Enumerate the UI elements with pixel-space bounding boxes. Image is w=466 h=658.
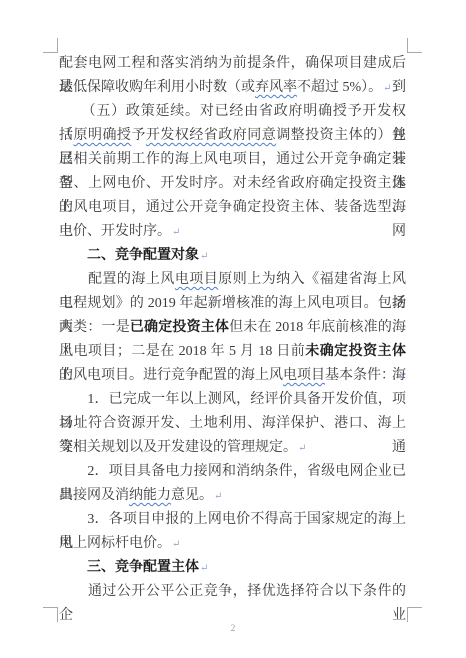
text-run: 通过公开公平公正竞争，择优选择符合以下条件的企业 (59, 584, 406, 623)
text-line: 括原明确授予开发权经省政府同意调整投资主体的）并已开 (59, 124, 406, 148)
text-run: 等相关规划以及开发建设的管理规定。 (59, 440, 297, 455)
paragraph-mark-icon: ↵ (200, 251, 208, 262)
text-run: 最低保障收购年利用小时数（或 (59, 80, 255, 95)
text-run: 上风电项目。进行竞争配置的海上风 (59, 368, 283, 383)
spellcheck-flagged-run: 弃风率 (255, 80, 297, 95)
text-run: 风电项目；二是在 2018 年 5 月 18 日前 (59, 344, 305, 359)
text-line: 最低保障收购年利用小时数（或弃风率不超过 5%）。↵ (59, 76, 406, 100)
text-line: 风电项目；二是在 2018 年 5 月 18 日前未确定投资主体的海 (59, 340, 406, 364)
crop-mark-bottom-right (407, 607, 422, 622)
text-run: 电上网标杆电价。 (59, 536, 171, 551)
bold-run: 二、竞争配置对象 (59, 248, 199, 263)
page-number: 2 (0, 623, 466, 633)
text-run: 予 (131, 128, 145, 143)
bold-run: 未确定投资主体 (305, 344, 406, 359)
text-run: 具接网及消 (59, 488, 129, 503)
paragraph-mark-icon: ↵ (298, 443, 306, 454)
spellcheck-flagged-run: 开发权经省政府同意 (146, 128, 276, 143)
paragraph-mark-icon: ↵ (172, 227, 180, 238)
paragraph-mark-icon: ↵ (214, 491, 222, 502)
spellcheck-flagged-run: 原明确授 (73, 128, 131, 143)
text-run: 意见。 (171, 488, 213, 503)
text-line: 上风电项目，通过公开竞争确定投资主体、装备选型、上网 (59, 196, 406, 220)
bold-run: 三、竞争配置主体 (59, 560, 199, 575)
text-line: 2．项目具备电力接网和消纳条件，省级电网企业已出 (59, 460, 406, 484)
text-line: （五）政策延续。对已经由省政府明确授予开发权（包 (59, 100, 406, 124)
text-line: 型、上网电价、开发时序。对未经省政府确定投资主体的海 (59, 172, 406, 196)
bold-run: 已确定投资主体 (130, 320, 229, 335)
crop-mark-top-right (407, 38, 422, 53)
document-body: 配套电网工程和落实消纳为前提条件，确保项目建成后达到最低保障收购年利用小时数（或… (59, 52, 406, 604)
spellcheck-flagged-run: 电项目 (283, 368, 325, 383)
paragraph-mark-icon: ↵ (396, 371, 404, 382)
paragraph-mark-icon: ↵ (172, 539, 180, 550)
text-line: 具接网及消纳能力意见。↵ (59, 484, 406, 508)
spellcheck-flagged-run: 电项目 (175, 272, 218, 287)
paragraph-mark-icon: ↵ (383, 83, 391, 94)
text-line: 3．各项目申报的上网电价不得高于国家规定的海上风 (59, 508, 406, 532)
heading-line: 二、竞争配置对象↵ (59, 244, 406, 268)
text-run: 配置的海上风 (59, 272, 175, 287)
heading-line: 三、竞争配置主体↵ (59, 556, 406, 580)
spellcheck-flagged-run: 纳能力 (129, 488, 171, 503)
document-page: 配套电网工程和落实消纳为前提条件，确保项目建成后达到最低保障收购年利用小时数（或… (0, 0, 466, 658)
text-line: 配套电网工程和落实消纳为前提条件，确保项目建成后达到 (59, 52, 406, 76)
text-run: 不超过 5%）。 (297, 80, 382, 95)
text-line: 工程规划》的 2019 年起新增核准的海上风电项目。包括两 (59, 292, 406, 316)
text-line: 电上网标杆电价。↵ (59, 532, 406, 556)
text-run: 括 (59, 128, 73, 143)
text-run: 基本条件： (325, 368, 395, 383)
text-line: 配置的海上风电项目原则上为纳入《福建省海上风电场 (59, 268, 406, 292)
text-line: 大类：一是已确定投资主体但未在 2018 年底前核准的海上 (59, 316, 406, 340)
crop-mark-top-left (43, 38, 58, 53)
text-run: 大类：一是 (59, 320, 130, 335)
text-line: 1．已完成一年以上测风，经评价具备开发价值，项目 (59, 388, 406, 412)
text-line: 场址符合资源开发、土地利用、海洋保护、港口、海上交通 (59, 412, 406, 436)
crop-mark-bottom-left (43, 607, 58, 622)
text-run: 电价、开发时序。 (59, 224, 171, 239)
text-line: 展相关前期工作的海上风电项目，通过公开竞争确定装备选 (59, 148, 406, 172)
text-line: 通过公开公平公正竞争，择优选择符合以下条件的企业 (59, 580, 406, 604)
paragraph-mark-icon: ↵ (200, 563, 208, 574)
text-line: 上风电项目。进行竞争配置的海上风电项目基本条件：↵ (59, 364, 406, 388)
